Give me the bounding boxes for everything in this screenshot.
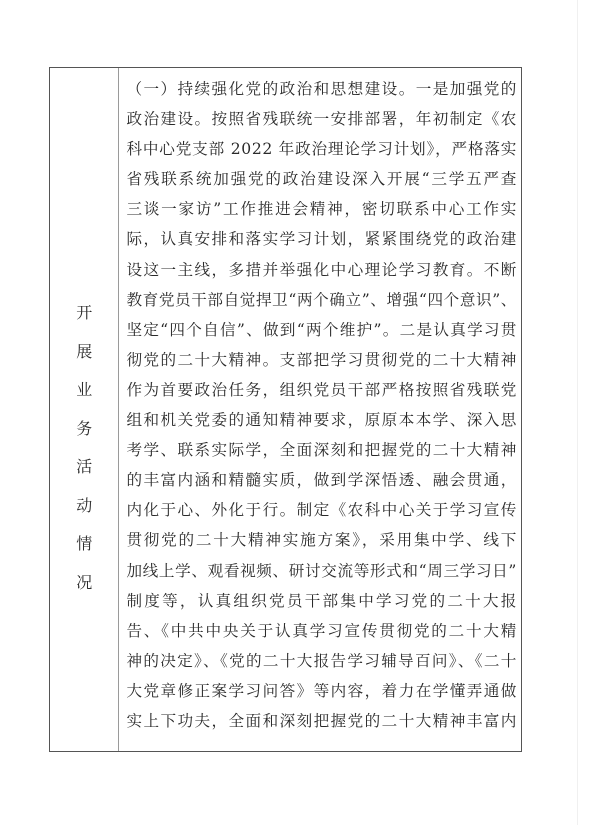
- content-line: 科中心党支部 2022 年政治理论学习计划》，严格落实: [126, 134, 517, 164]
- content-line: 设这一主线，多措并举强化中心理论学习教育。不断: [126, 255, 517, 285]
- row-label-char: 开: [76, 294, 92, 333]
- content-line: 实上下功夫，全面和深刻把握党的二十大精神丰富内: [126, 706, 517, 736]
- row-label-char: 活: [76, 448, 92, 487]
- content-line: 大党章修正案学习问答》等内容，着力在学懂弄通做: [126, 676, 517, 706]
- row-label-char: 动: [76, 487, 92, 526]
- content-line: 作为首要政治任务，组织党员干部严格按照省残联党: [126, 375, 517, 405]
- content-line: 政治建设。按照省残联统一安排部署，年初制定《农: [126, 104, 517, 134]
- row-label-char: 况: [76, 564, 92, 603]
- content-line: 坚定“四个自信”、做到“两个维护”。二是认真学习贯: [126, 315, 517, 345]
- content-line: 教育党员干部自觉捍卫“两个确立”、增强“四个意识”、: [126, 285, 517, 315]
- content-line: 加线上学、观看视频、研讨交流等形式和“周三学习日”: [126, 556, 517, 586]
- content-line: 三谈一家访”工作推进会精神，密切联系中心工作实: [126, 194, 517, 224]
- row-label-char: 业: [76, 371, 92, 410]
- content-line: 际，认真安排和落实学习计划，紧紧围绕党的政治建: [126, 224, 517, 254]
- row-label-cell: 开 展 业 务 活 动 情 况: [50, 68, 119, 751]
- content-line: 组和机关党委的通知精神要求，原原本本学、深入思: [126, 405, 517, 435]
- content-line: 告、《中共中央关于认真学习宣传贯彻党的二十大精: [126, 616, 517, 646]
- content-line: 制度等，认真组织党员干部集中学习党的二十大报: [126, 586, 517, 616]
- content-line: 贯彻党的二十大精神实施方案》，采用集中学、线下: [126, 525, 517, 555]
- content-line: 考学、联系实际学，全面深刻和把握党的二十大精神: [126, 435, 517, 465]
- content-line: 彻党的二十大精神。支部把学习贯彻党的二十大精神: [126, 345, 517, 375]
- row-label-vertical: 开 展 业 务 活 动 情 况: [50, 294, 118, 602]
- content-line: 省残联系统加强党的政治建设深入开展“三学五严查: [126, 164, 517, 194]
- row-label-char: 情: [76, 525, 92, 564]
- content-cell: （一）持续强化党的政治和思想建设。一是加强党的 政治建设。按照省残联统一安排部署…: [119, 68, 521, 751]
- content-line: 内化于心、外化于行。制定《农科中心关于学习宣传: [126, 495, 517, 525]
- content-line: （一）持续强化党的政治和思想建设。一是加强党的: [126, 74, 517, 104]
- row-label-char: 务: [76, 410, 92, 449]
- document-table: 开 展 业 务 活 动 情 况 （一）持续强化党的政治和思想建设。一是加强党的 …: [49, 67, 522, 752]
- page-edge-shadow: [577, 0, 578, 825]
- content-line: 的丰富内涵和精髓实质，做到学深悟透、融会贯通，: [126, 465, 517, 495]
- row-label-char: 展: [76, 333, 92, 372]
- content-line: 神的决定》、《党的二十大报告学习辅导百问》、《二十: [126, 646, 517, 676]
